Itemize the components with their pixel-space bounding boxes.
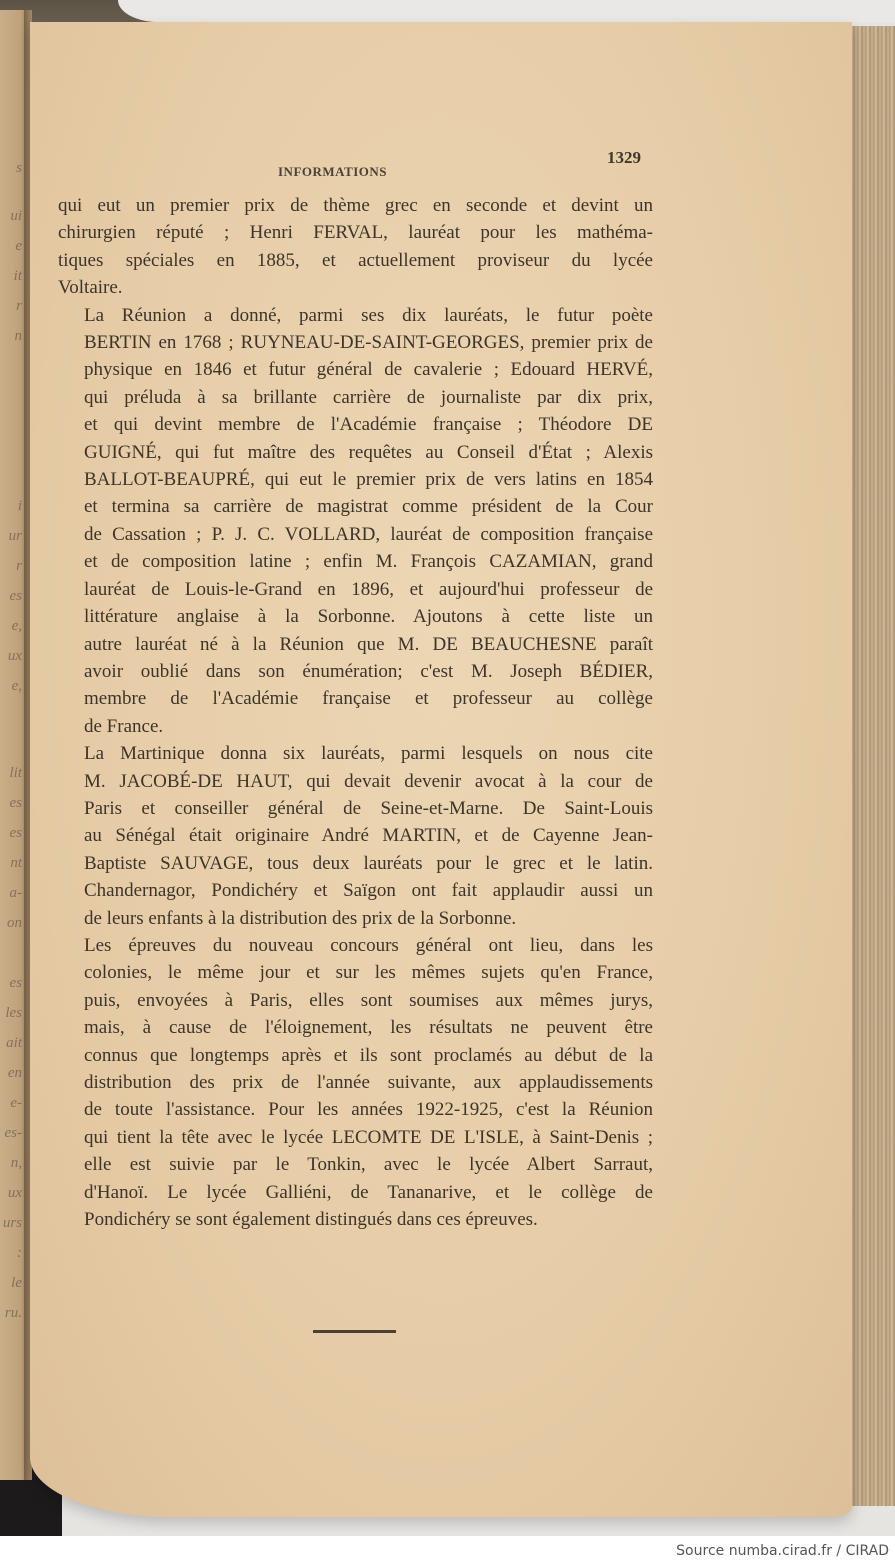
text-line: lauréat de Louis-le-Grand en 1896, et au… (58, 576, 653, 603)
fragment: es (10, 975, 23, 992)
text-line: et termina sa carrière de magistrat comm… (58, 493, 653, 520)
background-top (118, 0, 895, 22)
text-line: BALLOT-BEAUPRÉ, qui eut le premier prix … (58, 466, 653, 493)
fragment: : (17, 1245, 22, 1262)
text-line: elle est suivie par le Tonkin, avec le l… (58, 1151, 653, 1178)
fragment: e, (12, 618, 22, 635)
text-line: mais, à cause de l'éloignement, les résu… (58, 1014, 653, 1041)
fragment: it (14, 268, 22, 285)
text-line: puis, envoyées à Paris, elles sont soumi… (58, 987, 653, 1014)
left-page-text-fragments: s ui e it r n i ur r es e, ux e, lit es … (0, 10, 24, 1480)
fragment: n, (11, 1155, 22, 1172)
fragment: ru. (5, 1305, 22, 1322)
text-line: d'Hanoï. Le lycée Galliéni, de Tananariv… (58, 1179, 653, 1206)
text-line: qui préluda à sa brillante carrière de j… (58, 384, 653, 411)
paragraph-2: La Réunion a donné, parmi ses dix lauréa… (58, 302, 653, 741)
text-line: de toute l'assistance. Pour les années 1… (58, 1096, 653, 1123)
text-line: connus que longtemps après et ils sont p… (58, 1042, 653, 1069)
source-credit: Source numba.cirad.fr / CIRAD (676, 1543, 889, 1559)
fragment: e- (10, 1095, 22, 1112)
text-line: autre lauréat né à la Réunion que M. DE … (58, 631, 653, 658)
text-line: La Martinique donna six lauréats, parmi … (58, 740, 653, 767)
text-line: au Sénégal était originaire André MARTIN… (58, 822, 653, 849)
text-line: Les épreuves du nouveau concours général… (58, 932, 653, 959)
fragment: ux (8, 1185, 22, 1202)
fragment: r (16, 298, 22, 315)
text-line: Pondichéry se sont également distingués … (58, 1206, 653, 1233)
text-line: physique en 1846 et futur général de cav… (58, 356, 653, 383)
text-line: de France. (58, 713, 653, 740)
text-line: Paris et conseiller général de Seine-et-… (58, 795, 653, 822)
text-line: avoir oublié dans son énumération; c'est… (58, 658, 653, 685)
fragment: lit (9, 765, 22, 782)
fragment: e, (12, 678, 22, 695)
end-rule-divider (313, 1330, 396, 1333)
text-line: membre de l'Académie française et profes… (58, 685, 653, 712)
fragment: r (16, 558, 22, 575)
text-line: tiques spéciales en 1885, et actuellemen… (58, 247, 653, 274)
text-line: littérature anglaise à la Sorbonne. Ajou… (58, 603, 653, 630)
text-line: Voltaire. (58, 274, 653, 301)
fragment: les (5, 1005, 22, 1022)
scan-area: s ui e it r n i ur r es e, ux e, lit es … (0, 0, 895, 1536)
text-line: GUIGNÉ, qui fut maître des requêtes au C… (58, 439, 653, 466)
fragment: es (10, 795, 23, 812)
page-number: 1329 (607, 148, 641, 168)
text-line: qui tient la tête avec le lycée LECOMTE … (58, 1124, 653, 1151)
text-line: de leurs enfants à la distribution des p… (58, 905, 653, 932)
text-line: BERTIN en 1768 ; RUYNEAU-DE-SAINT-GEORGE… (58, 329, 653, 356)
text-line: M. JACOBÉ-DE HAUT, qui devait devenir av… (58, 768, 653, 795)
text-line: et de composition latine ; enfin M. Fran… (58, 548, 653, 575)
paragraph-1: qui eut un premier prix de thème grec en… (58, 192, 653, 302)
fragment: n (15, 328, 23, 345)
fragment: es- (5, 1125, 23, 1142)
text-line: La Réunion a donné, parmi ses dix lauréa… (58, 302, 653, 329)
text-line: colonies, le même jour et sur les mêmes … (58, 959, 653, 986)
fragment: ux (8, 648, 22, 665)
fragment: a- (10, 885, 23, 902)
paragraph-3: La Martinique donna six lauréats, parmi … (58, 740, 653, 932)
fragment: urs (3, 1215, 22, 1232)
fragment: i (18, 498, 22, 515)
fragment: ur (9, 528, 22, 545)
text-line: et qui devint membre de l'Académie franç… (58, 411, 653, 438)
text-line: chirurgien réputé ; Henri FERVAL, lauréa… (58, 219, 653, 246)
text-line: Chandernagor, Pondichéry et Saïgon ont f… (58, 877, 653, 904)
fragment: le (11, 1275, 22, 1292)
fragment: e (15, 238, 22, 255)
text-line: distribution des prix de l'année suivant… (58, 1069, 653, 1096)
text-line: de Cassation ; P. J. C. VOLLARD, lauréat… (58, 521, 653, 548)
fragment: ui (10, 208, 22, 225)
body-text: qui eut un premier prix de thème grec en… (58, 192, 653, 1233)
fragment: on (7, 915, 22, 932)
fragment: ait (6, 1035, 22, 1052)
text-line: qui eut un premier prix de thème grec en… (58, 192, 653, 219)
running-head: INFORMATIONS (278, 164, 387, 180)
fragment: nt (10, 855, 22, 872)
text-line: Baptiste SAUVAGE, tous deux lauréats pou… (58, 850, 653, 877)
fragment: s (16, 160, 22, 177)
fragment: en (8, 1065, 22, 1082)
fragment: es (10, 825, 23, 842)
paragraph-4: Les épreuves du nouveau concours général… (58, 932, 653, 1233)
page-fore-edge (846, 26, 895, 1506)
fragment: es (10, 588, 23, 605)
